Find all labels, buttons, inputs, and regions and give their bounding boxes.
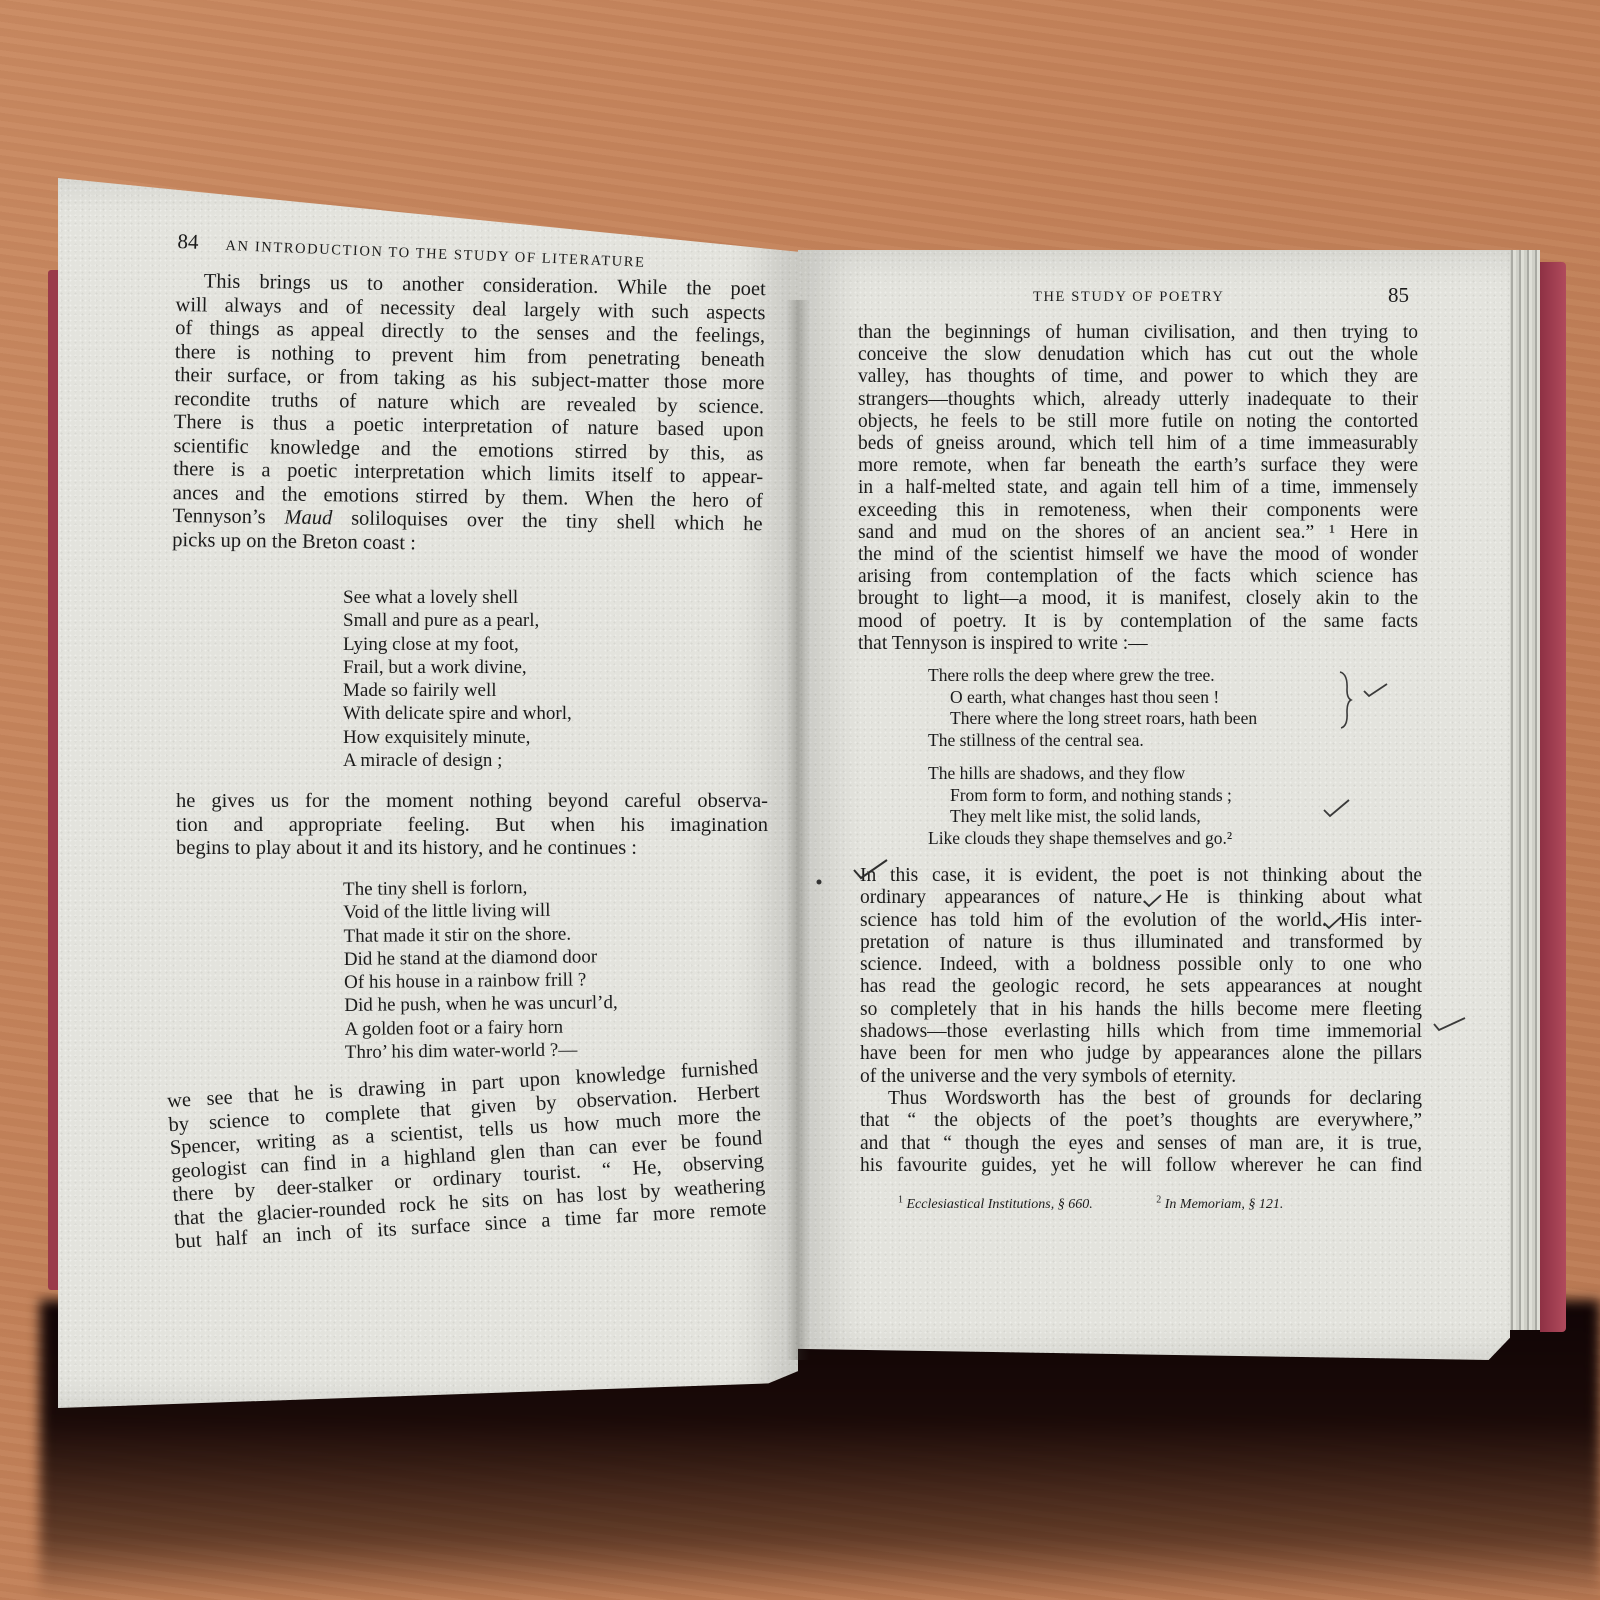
verse-line: A golden foot or a fairy horn <box>344 1015 618 1041</box>
text-line: his favourite guides, yet he will follow… <box>860 1155 1422 1177</box>
page-number-85: 85 <box>1388 284 1409 308</box>
text-line: mood of poetry. It is by contemplation o… <box>858 611 1418 633</box>
checkmark-icon <box>1143 894 1163 913</box>
verse-line: The hills are shadows, and they flow <box>928 763 1257 785</box>
verse-line: There rolls the deep where grew the tree… <box>928 665 1257 687</box>
stanza-gap <box>928 751 1257 763</box>
left-paragraph-3: we see that he is drawing in part upon k… <box>167 1056 767 1254</box>
page-number-84: 84 <box>177 229 199 254</box>
verse-line: Lying close at my foot, <box>343 633 572 656</box>
right-paragraph-1: than the beginnings of human civilisatio… <box>858 322 1418 655</box>
text-line: the mind of the scientist himself we hav… <box>858 544 1418 566</box>
text-line: in a half-melted state, and again tell h… <box>858 477 1418 499</box>
verse-line: How exquisitely minute, <box>343 726 572 749</box>
verse-line: The stillness of the central sea. <box>928 730 1257 752</box>
text-line: shadows—those everlasting hills which fr… <box>860 1021 1422 1043</box>
verse-line: That made it stir on the shore. <box>343 922 617 948</box>
text-line: conceive the slow denudation which has c… <box>858 344 1418 366</box>
text-line: ordinary appearances of nature. He is th… <box>860 887 1422 909</box>
verse-line: With delicate spire and whorl, <box>343 702 572 725</box>
verse-line: They melt like mist, the solid lands, <box>928 806 1257 828</box>
text-line: more remote, when far beneath the earth’… <box>858 455 1418 477</box>
text-line: of the universe and the very symbols of … <box>860 1066 1422 1088</box>
running-head-left: AN INTRODUCTION TO THE STUDY OF LITERATU… <box>225 238 646 271</box>
verse-line: Did he stand at the diamond door <box>344 945 618 971</box>
dot-mark-icon <box>816 872 822 890</box>
verse-line: O earth, what changes hast thou seen ! <box>928 687 1257 709</box>
text-line: Thus Wordsworth has the best of grounds … <box>860 1088 1422 1110</box>
left-paragraph-2: he gives us for the moment nothing beyon… <box>176 790 768 861</box>
checkmark-icon <box>1323 916 1343 935</box>
left-paragraph-1: This brings us to another consideration.… <box>172 270 766 560</box>
verse-line: See what a lovely shell <box>343 586 572 609</box>
verse-line: From form to form, and nothing stands ; <box>928 785 1257 807</box>
footnote-2: 2 In Memoriam, § 121. <box>1156 1197 1283 1212</box>
verse-line: A miracle of design ; <box>343 749 572 772</box>
checkmark-icon <box>1433 1016 1467 1037</box>
text-line: than the beginnings of human civilisatio… <box>858 322 1418 344</box>
verse-line: Small and pure as a pearl, <box>343 609 572 632</box>
verse-maud-1: See what a lovely shell Small and pure a… <box>343 586 572 772</box>
verse-in-memoriam: There rolls the deep where grew the tree… <box>928 665 1257 849</box>
footnote-1: 1 Ecclesiastical Institutions, § 660. <box>898 1197 1093 1212</box>
text-line: sand and mud on the shores of an ancient… <box>858 522 1418 544</box>
text-line: beds of gneiss around, which tell him of… <box>858 433 1418 455</box>
left-page: 84 AN INTRODUCTION TO THE STUDY OF LITER… <box>58 178 798 1408</box>
verse-maud-2: The tiny shell is forlorn, Void of the l… <box>343 875 618 1064</box>
text-line: that “ the objects of the poet’s thought… <box>860 1110 1422 1132</box>
text-line: In this case, it is evident, the poet is… <box>860 865 1422 887</box>
brace-mark-icon <box>1338 670 1352 735</box>
text-line: has read the geologic record, he sets ap… <box>860 976 1422 998</box>
verse-line: There where the long street roars, hath … <box>928 708 1257 730</box>
book-gutter <box>786 300 810 1360</box>
text-line: so completely that in his hands the hill… <box>860 999 1422 1021</box>
verse-line: Void of the little living will <box>343 898 617 924</box>
text-line: he gives us for the moment nothing beyon… <box>176 790 768 814</box>
verse-line: Frail, but a work divine, <box>343 656 572 679</box>
verse-line: Like clouds they shape themselves and go… <box>928 828 1257 850</box>
right-page: THE STUDY OF POETRY 85 than the beginnin… <box>798 250 1510 1360</box>
checkmark-icon <box>1323 798 1351 823</box>
text-line: that Tennyson is inspired to write :— <box>858 633 1418 655</box>
title-maud: Maud <box>284 507 332 530</box>
verse-line: Did he push, when he was uncurl’d, <box>344 992 618 1018</box>
running-head-right: THE STUDY OF POETRY <box>1033 286 1224 310</box>
book-cover-right-edge <box>1540 262 1566 1332</box>
text-line: strangers—thoughts which, already utterl… <box>858 389 1418 411</box>
verse-line: Thro’ his dim water-world ?— <box>345 1038 619 1064</box>
text-line: brought to light—a mood, it is manifest,… <box>858 588 1418 610</box>
verse-line: The tiny shell is forlorn, <box>343 875 617 901</box>
verse-line: Of his house in a rainbow frill ? <box>344 968 618 994</box>
text-line: exceeding this in remoteness, when their… <box>858 500 1418 522</box>
text-line: arising from contemplation of the facts … <box>858 566 1418 588</box>
right-paragraph-2: In this case, it is evident, the poet is… <box>860 865 1422 1177</box>
verse-line: Made so fairily well <box>343 679 572 702</box>
text-line: begins to play about it and its history,… <box>176 837 768 861</box>
checkmark-icon <box>1363 682 1389 703</box>
text-line: pretation of nature is thus illuminated … <box>860 932 1422 954</box>
text-line: valley, has thoughts of time, and power … <box>858 366 1418 388</box>
text-line: tion and appropriate feeling. But when h… <box>176 814 768 838</box>
text-line: science. Indeed, with a boldness possibl… <box>860 954 1422 976</box>
checkmark-icon <box>853 858 889 885</box>
text-line: objects, he feels to be still more futil… <box>858 411 1418 433</box>
text-line: have been for men who judge by appearanc… <box>860 1043 1422 1065</box>
text-line: and that “ though the eyes and senses of… <box>860 1133 1422 1155</box>
footnotes: 1 Ecclesiastical Institutions, § 660. 2 … <box>898 1188 1283 1216</box>
